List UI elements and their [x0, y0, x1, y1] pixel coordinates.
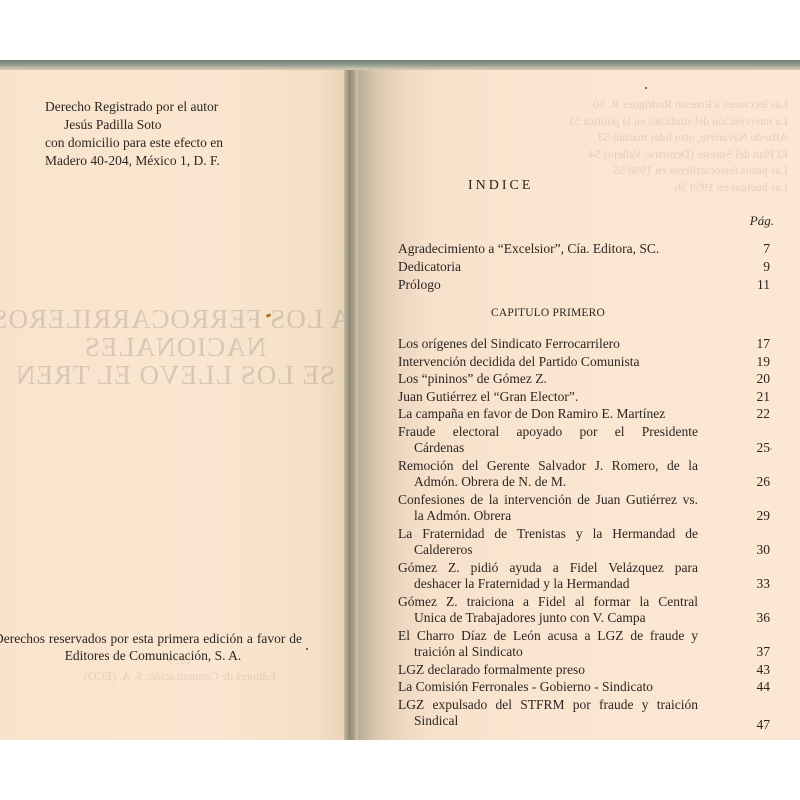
- copyright-address: Madero 40-204, México 1, D. F.: [45, 152, 223, 170]
- copyright-line-3: con domicilio para este efecto en: [45, 134, 223, 152]
- rights-publisher: Editores de Comunicación, S. A.: [0, 647, 302, 664]
- toc-entry-page: 19: [730, 354, 772, 371]
- bleed-title-line-3: SE LOS LLEVO EL TREN: [0, 361, 350, 389]
- bleed-line: Las lecciones a Ernesto Rodríguez R. 50: [408, 96, 788, 113]
- toc-entry-page: 7: [730, 241, 772, 258]
- toc-entry-page: 22: [730, 406, 772, 423]
- rights-notice: Derechos reservados por esta primera edi…: [0, 630, 302, 664]
- toc-entry-line-1: LGZ declarado formalmente preso: [398, 662, 585, 677]
- toc-entry-page: 33: [730, 576, 772, 593]
- open-book-spread: Derecho Registrado por el autor Jesús Pa…: [0, 60, 800, 740]
- bleed-line: Las pasos ferrocarrileros en 1958 55: [408, 162, 788, 179]
- toc-entry-line-2: Unica de Trabajadores junto con V. Campa: [398, 610, 698, 627]
- toc-entry-page: 29: [730, 508, 772, 525]
- gutter-shadow: [344, 60, 358, 740]
- toc-entry-line-1: Los orígenes del Sindicato Ferrocarriler…: [398, 336, 620, 351]
- toc-entry-title: Gómez Z. traiciona a Fidel al formar la …: [398, 594, 698, 627]
- toc-entry: La campaña en favor de Don Ramiro E. Mar…: [398, 406, 772, 423]
- paper-speck: [770, 448, 772, 450]
- toc-entry-page: 44: [730, 679, 772, 696]
- book-top-edge: [0, 60, 800, 70]
- toc-entry-line-1: La Comisión Ferronales - Gobierno - Sind…: [398, 679, 653, 694]
- toc-entry-line-1: Juan Gutiérrez el “Gran Elector”.: [398, 389, 578, 404]
- chapter-entries-list: Los orígenes del Sindicato Ferrocarriler…: [398, 336, 772, 731]
- ink-stain: [266, 313, 272, 318]
- toc-entry-title: La campaña en favor de Don Ramiro E. Mar…: [398, 406, 698, 423]
- toc-entry-line-2: la Admón. Obrera: [398, 508, 698, 525]
- toc-entry: Fraude electoral apoyado por el Presiden…: [398, 424, 772, 457]
- toc-entry-title: Dedicatoria: [398, 259, 698, 276]
- toc-entry: La Comisión Ferronales - Gobierno - Sind…: [398, 679, 772, 696]
- toc-entry: Gómez Z. traiciona a Fidel al formar la …: [398, 594, 772, 627]
- bleed-title-line-1: A LOS FERROCARRILEROS: [0, 305, 350, 333]
- toc-entry: El Charro Díaz de León acusa a LGZ de fr…: [398, 628, 772, 661]
- toc-entry: Los orígenes del Sindicato Ferrocarriler…: [398, 336, 772, 353]
- toc-entry-line-2: Sindical: [398, 713, 698, 730]
- bleed-line: El Plan del Sureste (Demetrio Vallejo) 5…: [408, 146, 788, 163]
- toc-entry-line-1: Los “pininos” de Gómez Z.: [398, 371, 547, 386]
- toc-entry-page: 30: [730, 542, 772, 559]
- toc-entry-title: Juan Gutiérrez el “Gran Elector”.: [398, 389, 698, 406]
- toc-entry-line-1: La Fraternidad de Trenistas y la Hermand…: [398, 526, 698, 543]
- toc-entry-page: 17: [730, 336, 772, 353]
- bleed-colophon-publisher: Editores de Comunicación, S. A. (ECO): [30, 668, 330, 684]
- toc-entry-page: 43: [730, 662, 772, 679]
- page-title: INDICE: [468, 178, 533, 194]
- toc-entry: Juan Gutiérrez el “Gran Elector”. 21: [398, 389, 772, 406]
- toc-entry-line-1: La campaña en favor de Don Ramiro E. Mar…: [398, 406, 665, 421]
- bleed-line: Alfredo Navarrete, otro líder marino 53: [408, 129, 788, 146]
- toc-entry-page: 9: [730, 259, 772, 276]
- toc-entry-title: La Fraternidad de Trenistas y la Hermand…: [398, 526, 698, 559]
- toc-entry-line-2: traición al Sindicato: [398, 644, 698, 661]
- toc-entry: LGZ expulsado del STFRM por fraude y tra…: [398, 697, 772, 730]
- toc-entry: Agradecimiento a “Excelsior”, Cía. Edito…: [398, 241, 772, 258]
- toc-entry-title: LGZ expulsado del STFRM por fraude y tra…: [398, 697, 698, 730]
- toc-entry-title: Prólogo: [398, 277, 698, 294]
- toc-entry-line-1: Gómez Z. pidió ayuda a Fidel Velázquez p…: [398, 560, 698, 577]
- toc-entry: Intervención decidida del Partido Comuni…: [398, 354, 772, 371]
- toc-entry: LGZ declarado formalmente preso 43: [398, 662, 772, 679]
- paper-speck: [306, 648, 308, 650]
- toc-entry-page: 11: [730, 277, 772, 294]
- bleed-line: La intervención del sindicato en la polí…: [408, 113, 788, 130]
- toc-entry: Dedicatoria 9: [398, 259, 772, 276]
- toc-entry-title: Remoción del Gerente Salvador J. Romero,…: [398, 458, 698, 491]
- toc-entry: Los “pininos” de Gómez Z. 20: [398, 371, 772, 388]
- toc-entry-page: 47: [730, 717, 772, 734]
- toc-entry-title: Intervención decidida del Partido Comuni…: [398, 354, 698, 371]
- toc-entry-line-2: Admón. Obrera de N. de M.: [398, 474, 698, 491]
- toc-entry: Confesiones de la intervención de Juan G…: [398, 492, 772, 525]
- copyright-notice: Derecho Registrado por el autor Jesús Pa…: [45, 98, 223, 170]
- toc-entry-title: Los orígenes del Sindicato Ferrocarriler…: [398, 336, 698, 353]
- toc-entry-line-1: El Charro Díaz de León acusa a LGZ de fr…: [398, 628, 698, 645]
- toc-entry-title: El Charro Díaz de León acusa a LGZ de fr…: [398, 628, 698, 661]
- page-column-label: Pág.: [750, 213, 774, 229]
- copyright-line-1: Derecho Registrado por el autor: [45, 98, 223, 116]
- bleed-through-text: Las lecciones a Ernesto Rodríguez R. 50 …: [408, 96, 788, 195]
- toc-entry-title: Agradecimiento a “Excelsior”, Cía. Edito…: [398, 241, 698, 258]
- toc-entry-line-1: Confesiones de la intervención de Juan G…: [398, 492, 698, 509]
- toc-entry: Remoción del Gerente Salvador J. Romero,…: [398, 458, 772, 491]
- toc-entry-line-1: Fraude electoral apoyado por el Presiden…: [398, 424, 698, 441]
- toc-entry-title: Los “pininos” de Gómez Z.: [398, 371, 698, 388]
- toc-entry-title: La Comisión Ferronales - Gobierno - Sind…: [398, 679, 698, 696]
- toc-entry-title: LGZ declarado formalmente preso: [398, 662, 698, 679]
- toc-entry-title: Fraude electoral apoyado por el Presiden…: [398, 424, 698, 457]
- toc-entry: Prólogo 11: [398, 277, 772, 294]
- bleed-line: Las huelgas en 1959 56: [408, 179, 788, 196]
- rights-line-1: Derechos reservados por esta primera edi…: [0, 630, 302, 647]
- toc-entry-title: Gómez Z. pidió ayuda a Fidel Velázquez p…: [398, 560, 698, 593]
- toc-entry-line-2: Cárdenas: [398, 440, 698, 457]
- toc-entry-title: Confesiones de la intervención de Juan G…: [398, 492, 698, 525]
- left-page: Derecho Registrado por el autor Jesús Pa…: [0, 60, 350, 740]
- toc-entry: Gómez Z. pidió ayuda a Fidel Velázquez p…: [398, 560, 772, 593]
- toc-entry-line-1: Remoción del Gerente Salvador J. Romero,…: [398, 458, 698, 475]
- toc-entry-page: 25: [730, 440, 772, 457]
- toc-entry-page: 21: [730, 389, 772, 406]
- right-page: Las lecciones a Ernesto Rodríguez R. 50 …: [358, 60, 800, 740]
- toc-entry-page: 20: [730, 371, 772, 388]
- front-matter-list: Agradecimiento a “Excelsior”, Cía. Edito…: [398, 241, 772, 295]
- toc-entry-line-1: Gómez Z. traiciona a Fidel al formar la …: [398, 594, 698, 611]
- toc-entry-line-1: Intervención decidida del Partido Comuni…: [398, 354, 639, 369]
- toc-entry-page: 36: [730, 610, 772, 627]
- paper-speck: [645, 87, 647, 89]
- toc-entry-line-1: LGZ expulsado del STFRM por fraude y tra…: [398, 697, 698, 714]
- bleed-through-title: A LOS FERROCARRILEROS NACIONALES SE LOS …: [0, 305, 350, 389]
- bleed-title-line-2: NACIONALES: [0, 333, 350, 361]
- toc-entry-line-2: deshacer la Fraternidad y la Hermandad: [398, 576, 698, 593]
- toc-entry: La Fraternidad de Trenistas y la Hermand…: [398, 526, 772, 559]
- toc-entry-page: 37: [730, 644, 772, 661]
- toc-entry-line-2: Caldereros: [398, 542, 698, 559]
- toc-entry-page: 26: [730, 474, 772, 491]
- copyright-author: Jesús Padilla Soto: [45, 116, 223, 134]
- chapter-heading: CAPITULO PRIMERO: [398, 307, 698, 319]
